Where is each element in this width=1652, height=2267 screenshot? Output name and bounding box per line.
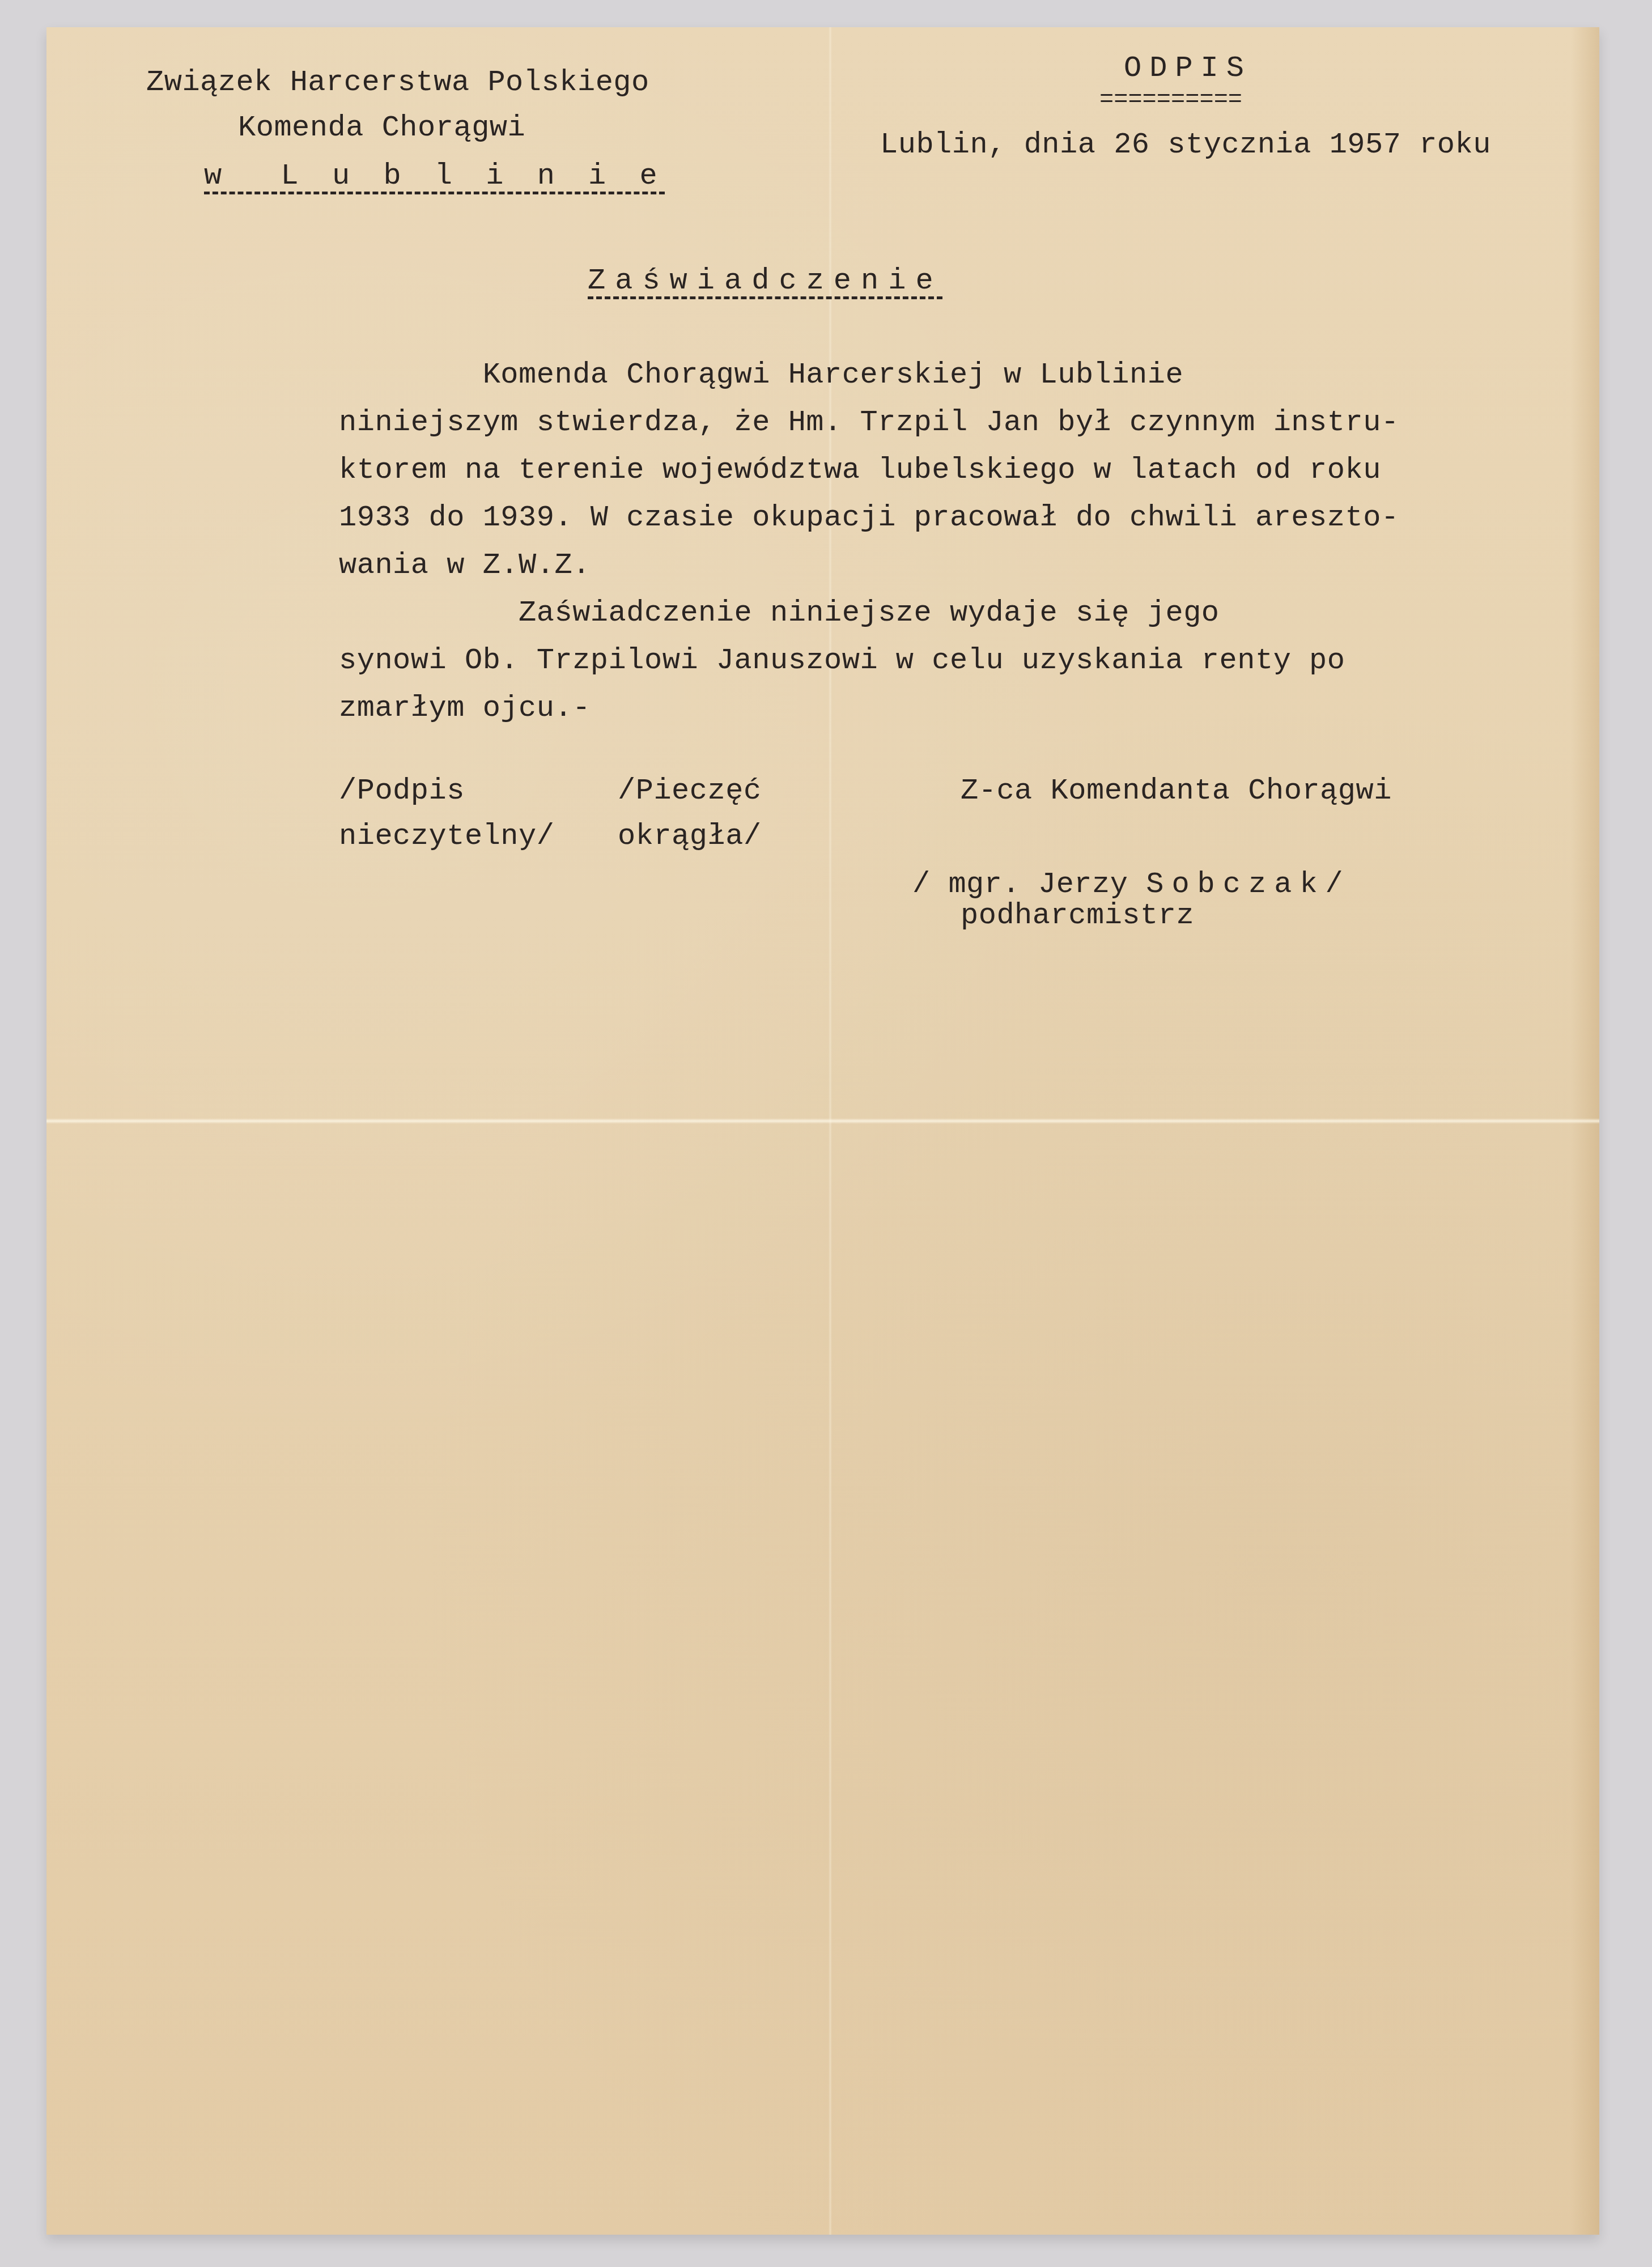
- signatory-name: / mgr. Jerzy Sobczak/: [912, 870, 1343, 899]
- stamp-note-line2: okrągła/: [618, 822, 762, 851]
- body-line: ktorem na terenie województwa lubelskieg…: [339, 447, 1399, 494]
- body-line: Zaświadczenie niniejsze wydaje się jego: [339, 589, 1399, 637]
- body-line: wania w Z.W.Z.: [339, 542, 1399, 589]
- body-line: Komenda Chorągwi Harcerskiej w Lublinie: [339, 351, 1399, 399]
- horizontal-fold-line: [46, 1118, 1599, 1124]
- body-line: synowi Ob. Trzpilowi Januszowi w celu uz…: [339, 637, 1399, 685]
- signatory-surname: Sobczak: [1146, 868, 1325, 901]
- body-line: zmarłym ojcu.-: [339, 685, 1399, 732]
- header-org-city: w L u b l i n i e: [204, 162, 665, 191]
- document-date: Lublin, dnia 26 stycznia 1957 roku: [880, 130, 1491, 160]
- signatory-rank: podharcmistrz: [961, 901, 1194, 931]
- document-body: Komenda Chorągwi Harcerskiej w Lublinien…: [339, 351, 1399, 732]
- signatory-title: Z-ca Komendanta Chorągwi: [961, 776, 1392, 806]
- signatory-name-prefix: / mgr. Jerzy: [912, 868, 1146, 901]
- paper-edge-shadow: [1571, 27, 1599, 2235]
- signature-note-line2: nieczytelny/: [339, 822, 554, 851]
- stamp-note-line1: /Pieczęć: [618, 776, 762, 806]
- body-line: niniejszym stwierdza, że Hm. Trzpil Jan …: [339, 399, 1399, 447]
- body-line: 1933 do 1939. W czasie okupacji pracował…: [339, 494, 1399, 542]
- header-org-unit: Komenda Chorągwi: [238, 113, 525, 143]
- copy-label: ODPIS: [1124, 54, 1252, 83]
- header-org-name: Związek Harcerstwa Polskiego: [146, 68, 649, 97]
- signatory-name-suffix: /: [1326, 868, 1344, 901]
- copy-label-rule: ==========: [1099, 88, 1242, 112]
- signature-note-line1: /Podpis: [339, 776, 465, 806]
- document-title: Zaświadczenie: [588, 266, 943, 296]
